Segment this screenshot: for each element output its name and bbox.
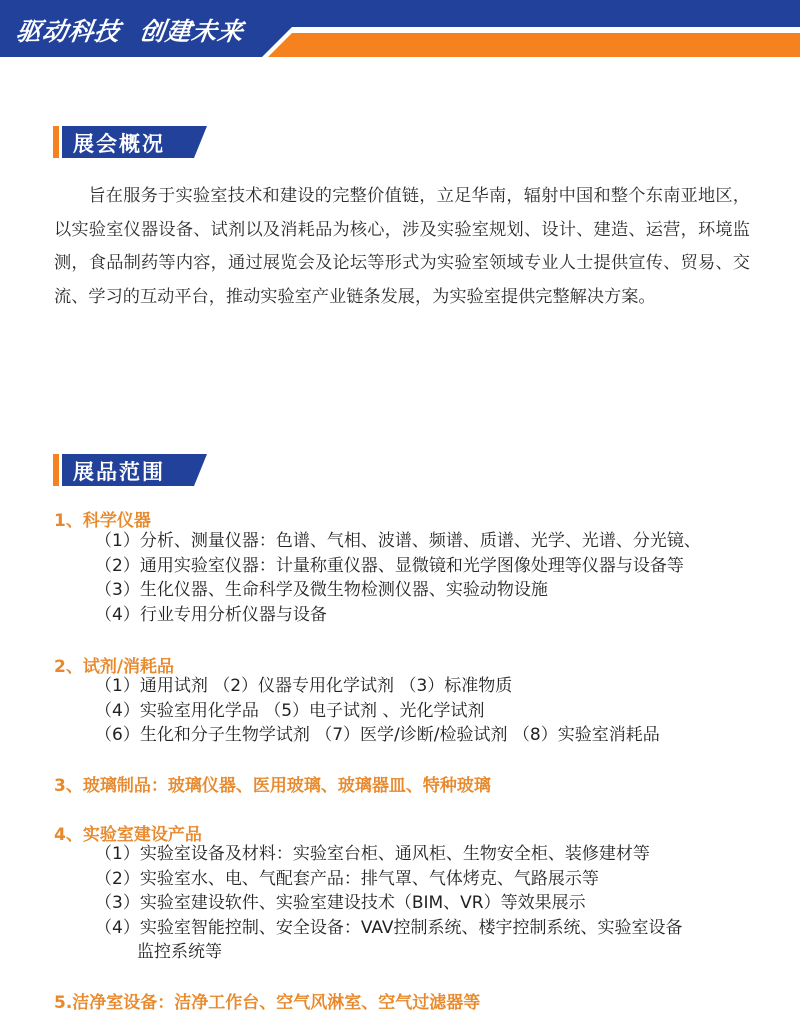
heading-accent-bar [53,454,59,486]
category-list-lab-construction: （1）实验室设备及材料：实验室台柜、通风柜、生物安全柜、装修建材等 （2）实验室… [95,842,683,965]
list-item: （4）行业专用分析仪器与设备 [95,603,701,628]
list-item: （4）实验室智能控制、安全设备：VAV控制系统、楼宇控制系统、实验室设备 [95,916,683,941]
section-title: 展品范围 [73,456,165,486]
list-item: （1）通用试剂 （2）仪器专用化学试剂 （3）标准物质 [95,674,660,699]
list-item: （1）实验室设备及材料：实验室台柜、通风柜、生物安全柜、装修建材等 [95,842,683,867]
header-banner: 驱动科技 创建未来 [0,0,800,62]
list-item-continuation: 监控系统等 [95,940,683,965]
list-item: （2）通用实验室仪器：计量称重仪器、显微镜和光学图像处理等仪器与设备等 [95,554,701,579]
list-item: （1）分析、测量仪器：色谱、气相、波谱、频谱、质谱、光学、光谱、分光镜、 [95,529,701,554]
list-item: （6）生化和分子生物学试剂 （7）医学/诊断/检验试剂 （8）实验室消耗品 [95,723,660,748]
category-title-glassware: 3、玻璃制品：玻璃仪器、医用玻璃、玻璃器皿、特种玻璃 [54,771,491,796]
list-item: （2）实验室水、电、气配套产品：排气罩、气体烤克、气路展示等 [95,867,683,892]
list-item: （3）生化仪器、生命科学及微生物检测仪器、实验动物设施 [95,578,701,603]
section-heading-exhibit-scope: 展品范围 [53,454,213,486]
list-item: （3）实验室建设软件、实验室建设技术（BIM、VR）等效果展示 [95,891,683,916]
heading-accent-bar [53,126,59,158]
overview-paragraph: 旨在服务于实验室技术和建设的完整价值链，立足华南，辐射中国和整个东南亚地区，以实… [54,180,750,314]
list-item: （4）实验室用化学品 （5）电子试剂 、光化学试剂 [95,699,660,724]
category-title-scientific-instruments: 1、科学仪器 [54,506,151,531]
section-heading-overview: 展会概况 [53,126,213,158]
banner-slogan: 驱动科技 创建未来 [14,12,246,48]
category-title-cleanroom: 5.洁净室设备：洁净工作台、空气风淋室、空气过滤器等 [54,988,480,1013]
category-list-reagents: （1）通用试剂 （2）仪器专用化学试剂 （3）标准物质 （4）实验室用化学品 （… [95,674,660,748]
category-list-scientific-instruments: （1）分析、测量仪器：色谱、气相、波谱、频谱、质谱、光学、光谱、分光镜、 （2）… [95,529,701,627]
section-title: 展会概况 [73,128,165,158]
